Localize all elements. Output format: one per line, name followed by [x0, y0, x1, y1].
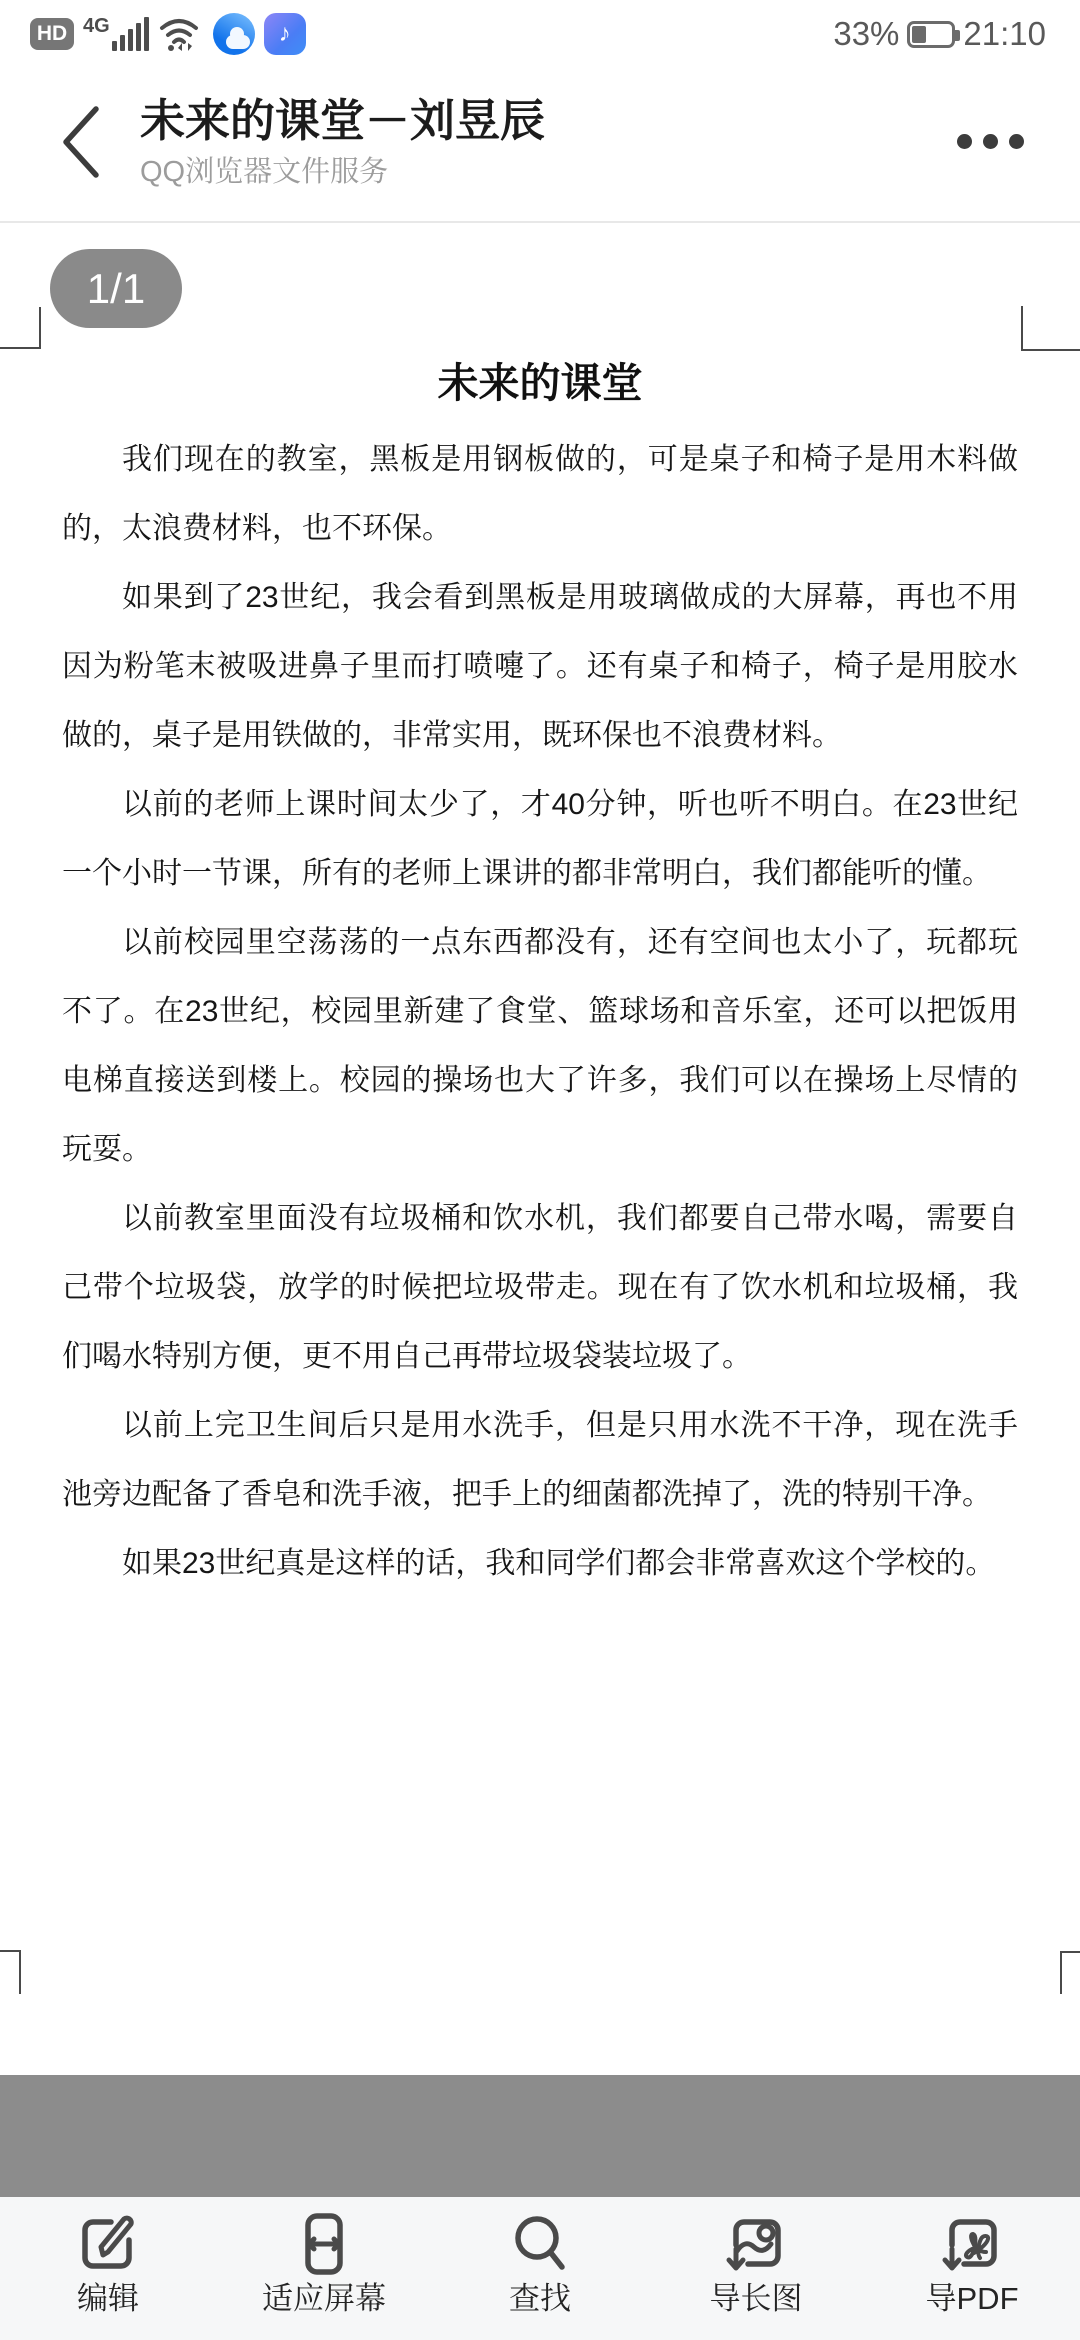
essay-body: 我们现在的教室，黑板是用钢板做的，可是桌子和椅子是用木料做的，太浪费材料，也不环… — [62, 425, 1018, 1598]
battery-percent-label: 33% — [833, 15, 899, 53]
edit-button[interactable]: 编辑 — [0, 2209, 216, 2340]
music-app-icon: ♪ — [264, 13, 306, 55]
bottom-toolbar: 编辑 适应屏幕 查找 导长图 导PDF — [0, 2197, 1080, 2340]
paragraph: 我们现在的教室，黑板是用钢板做的，可是桌子和椅子是用木料做的，太浪费材料，也不环… — [62, 425, 1018, 563]
page-content: 未来的课堂 我们现在的教室，黑板是用钢板做的，可是桌子和椅子是用木料做的，太浪费… — [0, 223, 1080, 1598]
export-pdf-icon — [938, 2209, 1006, 2277]
paragraph: 以前教室里面没有垃圾桶和饮水机，我们都要自己带水喝，需要自己带个垃圾袋，放学的时… — [62, 1184, 1018, 1391]
page-corner-mark-bottom-left — [0, 1950, 21, 1994]
export-pdf-button[interactable]: 导PDF — [864, 2209, 1080, 2340]
export-long-image-button[interactable]: 导长图 — [648, 2209, 864, 2340]
paragraph: 以前校园里空荡荡的一点东西都没有，还有空间也太小了，玩都玩不了。在23世纪，校园… — [62, 908, 1018, 1184]
tool-label: 编辑 — [77, 2281, 139, 2317]
find-button[interactable]: 查找 — [432, 2209, 648, 2340]
edit-icon — [74, 2209, 142, 2277]
paragraph: 如果23世纪真是这样的话，我和同学们都会非常喜欢这个学校的。 — [62, 1529, 1018, 1598]
tool-label: 导PDF — [926, 2281, 1019, 2317]
network-type-label: 4G — [83, 17, 110, 35]
export-long-image-icon — [722, 2209, 790, 2277]
document-title: 未来的课堂－刘昱辰 — [140, 95, 545, 147]
more-options-button[interactable] — [951, 114, 1030, 169]
fit-screen-button[interactable]: 适应屏幕 — [216, 2209, 432, 2340]
clock-label: 21:10 — [963, 15, 1046, 53]
battery-icon — [907, 21, 955, 48]
paragraph: 以前上完卫生间后只是用水洗手，但是只用水洗不干净，现在洗手池旁边配备了香皂和洗手… — [62, 1391, 1018, 1529]
wifi-icon — [158, 13, 204, 55]
viewer-background-band — [0, 2075, 1080, 2197]
page-corner-mark-top-left — [0, 307, 41, 349]
essay-title: 未来的课堂 — [62, 357, 1018, 409]
qq-browser-icon — [213, 13, 255, 55]
status-bar: HD 4G ♪ 33% 21:10 — [0, 0, 1080, 62]
paragraph: 以前的老师上课时间太少了，才40分钟，听也听不明白。在23世纪一个小时一节课，所… — [62, 770, 1018, 908]
tool-label: 查找 — [509, 2281, 571, 2317]
tool-label: 导长图 — [710, 2281, 803, 2317]
page-corner-mark-bottom-right — [1060, 1951, 1080, 1994]
back-chevron-icon — [58, 104, 102, 180]
hd-icon: HD — [30, 18, 74, 50]
search-icon — [506, 2209, 574, 2277]
fit-screen-icon — [290, 2209, 358, 2277]
document-viewer[interactable]: 1/1 未来的课堂 我们现在的教室，黑板是用钢板做的，可是桌子和椅子是用木料做的… — [0, 223, 1080, 2075]
tool-label: 适应屏幕 — [262, 2281, 386, 2317]
paragraph: 如果到了23世纪，我会看到黑板是用玻璃做成的大屏幕，再也不用因为粉笔末被吸进鼻子… — [62, 563, 1018, 770]
back-button[interactable] — [58, 102, 106, 182]
page-indicator-badge: 1/1 — [50, 249, 182, 328]
signal-strength-icon: 4G — [83, 17, 149, 51]
page-corner-mark-top-right — [1021, 306, 1080, 351]
app-header: 未来的课堂－刘昱辰 QQ浏览器文件服务 — [0, 62, 1080, 223]
document-source-label: QQ浏览器文件服务 — [140, 155, 545, 189]
